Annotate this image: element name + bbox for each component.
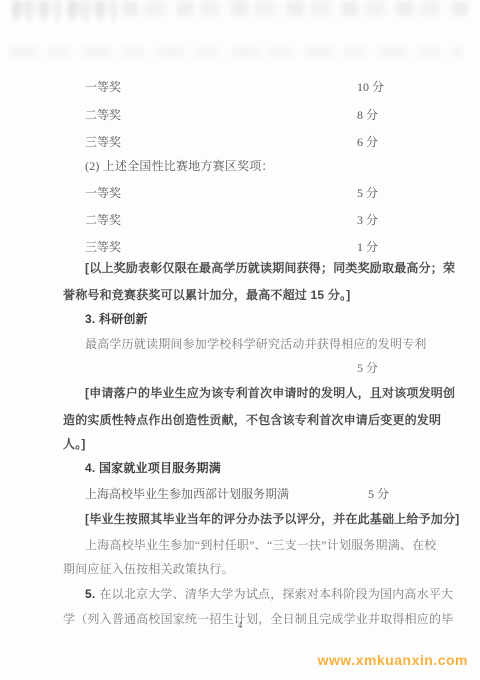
patent-note-line: [申请落户的毕业生应为该专利首次申请时的发明人，且对该项发明创 xyxy=(85,385,455,401)
section3-score: 5 分 xyxy=(357,359,378,376)
award-row: 一等奖 5 分 xyxy=(0,184,480,200)
document-page: 一等奖 10 分 二等奖 8 分 三等奖 6 分 (2) 上述全国性比赛地方赛区… xyxy=(0,0,480,680)
section5-number: 5. xyxy=(85,587,95,601)
service-label: 上海高校毕业生参加西部计划服务期满 xyxy=(85,485,289,502)
bleed-through-artifact-second xyxy=(10,47,462,58)
section3-body-line: 最高学历就读期间参加学校科学研究活动并获得相应的发明专利 xyxy=(85,336,427,352)
award-row: 三等奖 1 分 xyxy=(0,238,480,254)
section4-body-line: 上海高校毕业生参加“到村任职”、“三支一扶”计划服务期满、在校 xyxy=(85,537,437,553)
bleed-through-artifact-top xyxy=(12,1,468,16)
section5-text: 在以北京大学、清华大学为试点，探索对本科阶段为国内高水平大 xyxy=(99,587,453,601)
grading-note-line: [毕业生按照其毕业当年的评分办法予以评分，并在此基础上给予加分] xyxy=(85,511,459,527)
award-label: 三等奖 xyxy=(85,238,121,255)
award-row: 一等奖 10 分 xyxy=(0,78,480,94)
watermark: www.xmkuanxin.com xyxy=(0,652,468,668)
section-heading-research: 3. 科研创新 xyxy=(85,311,148,327)
awards-note-line: [以上奖励表彰仅限在最高学历就读期间获得；同类奖励取最高分；荣 xyxy=(85,260,455,276)
section-heading-employment: 4. 国家就业项目服务期满 xyxy=(85,460,221,476)
section4-body-line: 期间应征入伍按相关政策执行。 xyxy=(63,561,234,577)
award-label: 二等奖 xyxy=(85,211,121,228)
award-row: 三等奖 6 分 xyxy=(0,133,480,149)
award-label: 一等奖 xyxy=(85,78,121,95)
award-label: 二等奖 xyxy=(85,106,121,123)
award-label: 一等奖 xyxy=(85,184,121,201)
patent-note-line: 造的实质性特点作出创造性贡献，不包含该专利首次申请后变更的发明 xyxy=(63,412,441,428)
service-score: 5 分 xyxy=(368,485,389,502)
award-row: 二等奖 8 分 xyxy=(0,106,480,122)
bleed-through-artifact-left xyxy=(14,0,124,22)
award-score: 3 分 xyxy=(357,211,378,228)
regional-awards-heading: (2) 上述全国性比赛地方赛区奖项： xyxy=(85,158,274,174)
award-label: 三等奖 xyxy=(85,133,121,150)
service-row: 上海高校毕业生参加西部计划服务期满 5 分 xyxy=(0,485,480,501)
award-score: 6 分 xyxy=(357,133,378,150)
award-score: 1 分 xyxy=(357,238,378,255)
award-score: 10 分 xyxy=(357,78,384,95)
award-score: 5 分 xyxy=(357,184,378,201)
awards-note-line: 誉称号和竞赛获奖可以累计加分，最高不超过 15 分。] xyxy=(63,287,350,303)
patent-note-line: 人。] xyxy=(63,436,86,452)
award-row: 二等奖 3 分 xyxy=(0,211,480,227)
award-score: 8 分 xyxy=(357,106,378,123)
page-number: 4 xyxy=(0,620,480,630)
section5-body-line: 5.在以北京大学、清华大学为试点，探索对本科阶段为国内高水平大 xyxy=(85,586,453,602)
